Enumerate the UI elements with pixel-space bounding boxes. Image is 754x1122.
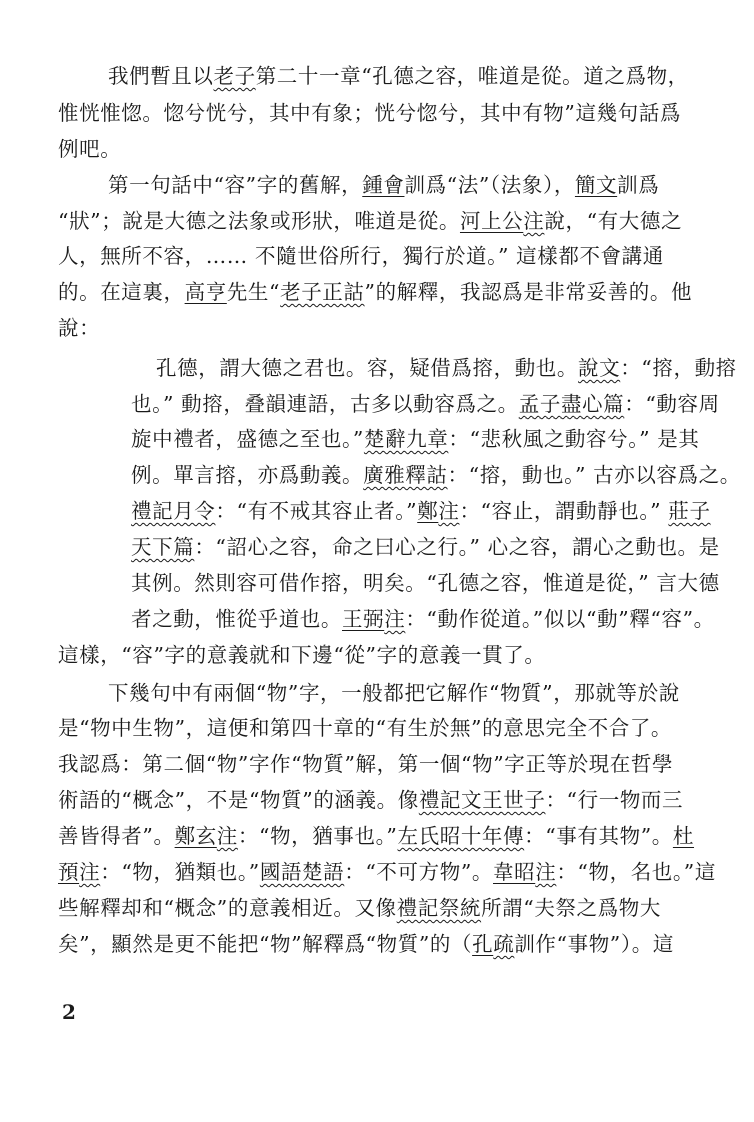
text-line: 我們暫且以老子第二十一章“孔德之容，唯道是從。道之爲物， [108, 58, 689, 94]
text-line: 術語的“概念”，不是“物質”的涵義。像禮記文王世子：“行一物而三 [58, 782, 683, 818]
book-title: 禮記月令 [131, 499, 215, 523]
text-span: 旋中禮者，盛德之至也。” [131, 427, 364, 451]
text-span: ：“物，名也。”這 [556, 860, 716, 884]
text-span: ：“行一物而三 [545, 788, 683, 812]
text-span: 例。單言搈，亦爲動義。 [131, 463, 363, 487]
text-span: 矣”，顯然是更不能把“物”解釋爲“物質”的（ [58, 932, 472, 956]
proper-name: 孔 [472, 932, 493, 956]
text-span: 訓爲“法”（法象）， [404, 173, 574, 197]
text-line: 人，無所不容，…… 不隨世俗所行，獨行於道。” 這樣都不會講通 [58, 238, 664, 274]
text-span: ：“搈，動搈 [620, 356, 737, 380]
text-span: ：“不可方物”。 [344, 860, 493, 884]
text-span: ：“容止，謂動靜也。” [459, 499, 668, 523]
text-line: 些解釋却和“概念”的意義相近。又像禮記祭統所謂“夫祭之爲物大 [58, 890, 661, 926]
text-span: ：“搈，動也。” 古亦以容爲之。 [448, 463, 741, 487]
text-span: ：“物，猶類也。” [100, 860, 260, 884]
text-span: ：“有不戒其容止者。” [215, 499, 417, 523]
text-line: 例。單言搈，亦爲動義。廣雅釋詁：“搈，動也。” 古亦以容爲之。 [131, 457, 741, 493]
text-span: ：“物，猶事也。” [238, 824, 398, 848]
text-span: 先生“ [227, 280, 280, 304]
text-span: ”的解釋，我認爲是非常妥善的。他 [365, 280, 693, 304]
book-title: 注 [79, 860, 100, 884]
page-number: 2 [62, 1000, 76, 1024]
book-title: 楚辭九章 [364, 427, 448, 451]
text-span: 說： [58, 316, 100, 340]
text-span: ：“動作從道。”似以“動”釋“容”。 [405, 607, 714, 631]
book-title: 說文 [578, 356, 620, 380]
text-line: 例吧。 [58, 131, 121, 167]
text-span: 第一句話中“容”字的舊解， [108, 173, 362, 197]
text-span: “狀”；說是大德之法象或形狀，唯道是從。 [58, 209, 460, 233]
proper-name: 鄭玄 [175, 824, 217, 848]
text-span: 術語的“概念”，不是“物質”的涵義。像 [58, 788, 419, 812]
book-title: 注 [523, 209, 544, 233]
book-title: 禮記祭統 [397, 896, 481, 920]
text-line: 也。” 動搈，叠韻連語，古多以動容爲之。孟子盡心篇：“動容周 [131, 386, 720, 422]
proper-name: 預 [58, 860, 79, 884]
text-span: 訓爲 [617, 173, 659, 197]
text-span: 者之動，惟從乎道也。 [131, 607, 342, 631]
book-title: 老子 [214, 64, 256, 88]
book-title: 注 [535, 860, 556, 884]
proper-name: 韋昭 [493, 860, 535, 884]
text-line: 這樣，“容”字的意義就和下邊“從”字的意義一貫了。 [58, 637, 545, 673]
text-line: 的。在這裏，高亨先生“老子正詁”的解釋，我認爲是非常妥善的。他 [58, 274, 692, 310]
text-line: 天下篇：“詔心之容，命之曰心之行。” 心之容，謂心之動也。是 [131, 529, 720, 565]
text-line: 孔德，謂大德之君也。容，疑借爲搈，動也。說文：“搈，動搈 [156, 350, 737, 386]
text-span: 我們暫且以 [108, 64, 214, 88]
proper-name: 杜 [673, 824, 694, 848]
text-span: 下幾句中有兩個“物”字，一般都把它解作“物質”，那就等於說 [108, 681, 680, 705]
text-line: 其例。然則容可借作搈，明矣。“孔德之容，惟道是從，” 言大德 [131, 565, 720, 601]
text-span: 人，無所不容，…… 不隨世俗所行，獨行於道。” 這樣都不會講通 [58, 244, 664, 268]
book-title: 注 [384, 607, 405, 631]
proper-name: 簡文 [575, 173, 617, 197]
book-title: 禮記文王世子 [419, 788, 546, 812]
text-line: 第一句話中“容”字的舊解，鍾會訓爲“法”（法象），簡文訓爲 [108, 167, 659, 203]
book-title: 老子正詁 [280, 280, 364, 304]
text-span: 的。在這裏， [58, 280, 185, 304]
book-title: 莊子 [668, 499, 710, 523]
text-line: 矣”，顯然是更不能把“物”解釋爲“物質”的（孔疏訓作“事物”）。這 [58, 926, 674, 962]
text-line: 善皆得者”。鄭玄注：“物，猶事也。”左氏昭十年傳：“事有其物”。杜 [58, 818, 694, 854]
text-span: 是“物中生物”，這便和第四十章的“有生於無”的意思完全不合了。 [58, 716, 672, 740]
text-line: 說： [58, 310, 100, 346]
book-title: 國語楚語 [260, 860, 344, 884]
text-line: 預注：“物，猶類也。”國語楚語：“不可方物”。韋昭注：“物，名也。”這 [58, 854, 716, 890]
text-span: ：“悲秋風之動容兮。” 是其 [448, 427, 699, 451]
proper-name: 高亨 [185, 280, 227, 304]
text-span: 也。” 動搈，叠韻連語，古多以動容爲之。 [131, 392, 519, 416]
proper-name: 鍾會 [362, 173, 404, 197]
proper-name: 河上公 [460, 209, 523, 233]
text-span: 些解釋却和“概念”的意義相近。又像 [58, 896, 397, 920]
text-line: 者之動，惟從乎道也。王弼注：“動作從道。”似以“動”釋“容”。 [131, 601, 715, 637]
book-title: 疏 [493, 932, 514, 956]
text-span: 說，“有大德之 [544, 209, 682, 233]
book-title: 注 [438, 499, 459, 523]
text-span: 這樣，“容”字的意義就和下邊“從”字的意義一貫了。 [58, 643, 545, 667]
text-line: “狀”；說是大德之法象或形狀，唯道是從。河上公注說，“有大德之 [58, 203, 682, 239]
proper-name: 王弼 [342, 607, 384, 631]
text-span: 其例。然則容可借作搈，明矣。“孔德之容，惟道是從，” 言大德 [131, 571, 720, 595]
text-span: 例吧。 [58, 137, 121, 161]
text-span: 訓作“事物”）。這 [514, 932, 674, 956]
book-title: 左氏昭十年傳 [398, 824, 525, 848]
text-line: 是“物中生物”，這便和第四十章的“有生於無”的意思完全不合了。 [58, 710, 672, 746]
text-span: 惟恍惟惚。惚兮恍兮，其中有象；恍兮惚兮，其中有物”這幾句話爲 [58, 101, 681, 125]
book-title: 注 [217, 824, 238, 848]
text-span: 第二十一章“孔德之容，唯道是從。道之爲物， [256, 64, 689, 88]
text-span: 善皆得者”。 [58, 824, 175, 848]
text-span: 孔德，謂大德之君也。容，疑借爲搈，動也。 [156, 356, 578, 380]
text-line: 我認爲：第二個“物”字作“物質”解，第一個“物”字正等於現在哲學 [58, 746, 673, 782]
text-line: 旋中禮者，盛德之至也。”楚辭九章：“悲秋風之動容兮。” 是其 [131, 421, 699, 457]
text-span: ：“詔心之容，命之曰心之行。” 心之容，謂心之動也。是 [194, 535, 719, 559]
book-title: 廣雅釋詁 [363, 463, 447, 487]
text-line: 惟恍惟惚。惚兮恍兮，其中有象；恍兮惚兮，其中有物”這幾句話爲 [58, 95, 681, 131]
book-title: 孟子盡心篇 [519, 392, 625, 416]
text-span: 我認爲：第二個“物”字作“物質”解，第一個“物”字正等於現在哲學 [58, 752, 673, 776]
text-span: 所謂“夫祭之爲物大 [481, 896, 661, 920]
text-line: 禮記月令：“有不戒其容止者。”鄭注：“容止，謂動靜也。” 莊子 [131, 493, 711, 529]
book-title: 天下篇 [131, 535, 194, 559]
text-line: 下幾句中有兩個“物”字，一般都把它解作“物質”，那就等於說 [108, 675, 680, 711]
text-span: ：“事有其物”。 [524, 824, 673, 848]
proper-name: 鄭 [417, 499, 438, 523]
text-span: ：“動容周 [624, 392, 719, 416]
